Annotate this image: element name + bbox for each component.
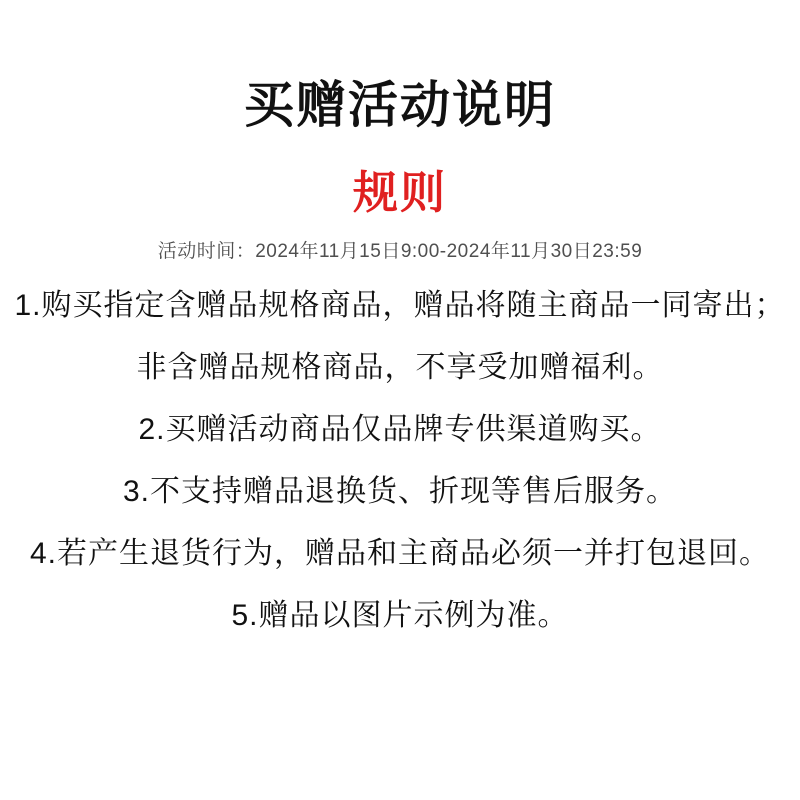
page-title: 买赠活动说明 xyxy=(0,0,800,130)
rule-item-4: 4.若产生退货行为，赠品和主商品必须一并打包退回。 xyxy=(0,523,800,585)
rules-list: 1.购买指定含赠品规格商品，赠品将随主商品一同寄出； 非含赠品规格商品，不享受加… xyxy=(0,275,800,647)
rule-item-2: 2.买赠活动商品仅品牌专供渠道购买。 xyxy=(0,399,800,461)
activity-time-text: 活动时间：2024年11月15日9:00-2024年11月30日23:59 xyxy=(0,239,800,265)
rule-item-1-line-2: 非含赠品规格商品，不享受加赠福利。 xyxy=(0,337,800,399)
rule-item-1-line-1: 1.购买指定含赠品规格商品，赠品将随主商品一同寄出； xyxy=(0,275,800,337)
promo-notice-page: 买赠活动说明 规则 活动时间：2024年11月15日9:00-2024年11月3… xyxy=(0,0,800,800)
rules-heading: 规则 xyxy=(0,170,800,215)
rule-item-5: 5.赠品以图片示例为准。 xyxy=(0,585,800,647)
rule-item-3: 3.不支持赠品退换货、折现等售后服务。 xyxy=(0,461,800,523)
